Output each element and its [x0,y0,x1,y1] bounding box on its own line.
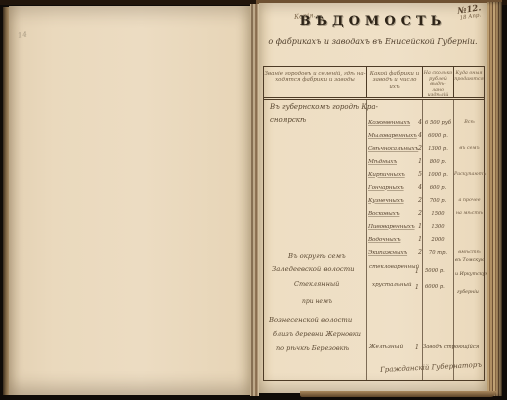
header-amount-line1: На сколько [423,71,453,77]
factory-amount: 800 р. [422,159,454,165]
factory-rows: Кожевенныхъ 4 6 500 руб Всѣ Мыловаренных… [368,116,485,259]
ironworks-name: Желѣзный [369,344,403,350]
header-amount-line2: рублей выдѣ- [423,77,453,88]
photographed-book-scene: 14 Копія. №12. 18 Апр. ВѢДОМОСТЬ о фабри… [0,0,507,400]
header-places-line2: ходятся фабрики и заводы [264,77,366,83]
right-page-edge-stack [487,2,502,396]
factory-note: Раскупаютъ [454,172,485,177]
table-body: Въ губернскомъ городѣ Кра- сноярскѣ Коже… [264,100,484,380]
header-sold-where: Куда оныя продаются [454,67,484,97]
table-row: Кожевенныхъ 4 6 500 руб Всѣ [368,116,485,129]
section-city-heading-line1: Въ губернскомъ городѣ Кра- [270,103,378,111]
factory-amount: 600 р. [422,185,454,191]
table-row: Восковыхъ 2 1500 на мѣстѣ [368,207,485,220]
factory-count: 4 [412,132,422,139]
section-voznesensk-line2: близъ деревни Жерновки [273,330,361,338]
factory-count: 2 [412,197,422,204]
left-page: 14 [9,6,250,395]
factory-name: Кирпичныхъ [368,172,412,178]
factory-note: вмѣстѣ [454,250,485,255]
factory-count: 5 [412,171,422,178]
section-okrug-line3: Стеклянный [294,280,339,288]
section-okrug-line1: Въ округѣ семъ [288,252,346,260]
factory-note: на мѣстѣ [454,211,485,216]
factory-amount: 700 р. [422,198,454,204]
glassworks-amount: 5000 р. [425,268,445,274]
table-row: Свѣчносальныхъ 2 1300 р. въ семъ [368,142,485,155]
okrug-note-extra: губерніи [457,290,479,295]
table-row: Кирпичныхъ 5 1000 р. Раскупаютъ [368,168,485,181]
book-gutter [250,4,259,396]
glassworks-name: стекловаренный [369,264,419,270]
header-amount: На сколько рублей выдѣ- лано издѣлій [423,67,454,97]
factory-amount: 1300 р. [422,146,454,152]
header-sold-line1: Куда оныя [454,71,484,77]
glassworks-count: 1 [415,268,419,275]
crystalworks-note: и Иркутскую [455,272,490,277]
factory-name: Кузнечныхъ [368,198,412,204]
bottom-page-edges [300,391,496,397]
factory-name: Кожевенныхъ [368,120,412,126]
section-okrug-line4: при немъ [302,298,332,305]
factory-count: 1 [412,223,422,230]
factory-name: Водочныхъ [368,237,412,243]
factory-name: Гончарныхъ [368,185,412,191]
factory-amount: 70 тр. [422,250,454,256]
table-row: Мыловаренныхъ 4 6000 р. [368,129,485,142]
column-rule-1 [366,100,367,380]
factory-amount: 6000 р. [422,133,454,139]
factory-note: въ семъ [454,146,485,151]
header-places: Званіе городовъ и селеній, гдѣ на- ходят… [264,67,367,97]
table-row: Мѣдныхъ 1 800 р. [368,155,485,168]
header-factory-line2: заводъ и число ихъ [367,77,422,90]
factory-amount: 1500 [422,211,454,217]
section-voznesensk-line1: Вознесенской волости [269,316,352,324]
factory-name: Мыловаренныхъ [368,133,412,139]
factory-amount: 6 500 руб [422,120,454,126]
factory-count: 2 [412,249,422,256]
governor-signature: Гражданскій Губернаторъ [356,361,482,376]
ledger-table: Званіе городовъ и селеній, гдѣ на- ходят… [263,66,485,381]
crystalworks-name: хрустальный [372,282,412,288]
document-title: ВѢДОМОСТЬ [259,14,487,29]
table-row: Водочныхъ 1 2000 [368,233,485,246]
pencil-folio-mark: 14 [17,30,27,39]
ironworks-note: Заводъ строющійся [423,344,479,350]
glassworks-note: въ Томскую [455,258,485,263]
factory-name: Восковыхъ [368,211,412,217]
factory-count: 4 [412,184,422,191]
table-row: Пивоваренныхъ 1 1300 [368,220,485,233]
table-header-row: Званіе городовъ и селеній, гдѣ на- ходят… [264,67,484,100]
crystalworks-amount: 6000 р. [425,284,445,290]
section-voznesensk-line3: по рѣчкѣ Березовкѣ [276,344,349,352]
header-sold-line2: продаются [454,77,484,83]
section-city-heading-line2: сноярскѣ [270,116,306,124]
header-amount-line3: лано издѣлій [423,88,453,99]
factory-name: Свѣчносальныхъ [368,146,412,152]
crystalworks-count: 1 [415,284,419,291]
factory-count: 4 [412,119,422,126]
document-subtitle: о фабрикахъ и заводахъ въ Енисейской Губ… [259,37,487,46]
table-row: Гончарныхъ 4 600 р. [368,181,485,194]
factory-amount: 1000 р. [422,172,454,178]
factory-count: 2 [412,145,422,152]
factory-amount: 1300 [422,224,454,230]
factory-count: 1 [412,158,422,165]
factory-count: 1 [412,236,422,243]
ironworks-count: 1 [415,344,419,351]
factory-name: Мѣдныхъ [368,159,412,165]
factory-note: Всѣ [454,120,485,125]
factory-amount: 2000 [422,237,454,243]
factory-note: а прочее [454,198,485,203]
factory-count: 2 [412,210,422,217]
table-row: Кузнечныхъ 2 700 р. а прочее [368,194,485,207]
right-page: Копія. №12. 18 Апр. ВѢДОМОСТЬ о фабриках… [259,3,487,393]
section-okrug-line2: Заледеевской волости [272,265,355,273]
header-factory: Какой фабрики и заводъ и число ихъ [367,67,423,97]
factory-name: Пивоваренныхъ [368,224,412,230]
factory-name: Экипажныхъ [368,250,412,256]
